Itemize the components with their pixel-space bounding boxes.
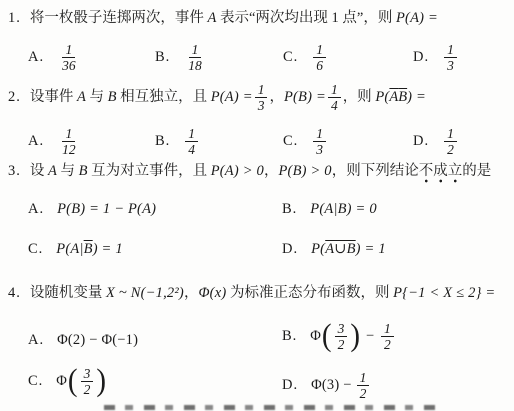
option-2c: C.13	[283, 126, 328, 157]
option-fraction: 14	[185, 126, 198, 157]
phi-function: Φ	[56, 373, 67, 389]
option-label: B.	[155, 48, 170, 68]
option-label: D.	[413, 48, 429, 68]
option-label: C.	[28, 240, 43, 260]
option-label: D.	[282, 376, 298, 396]
fraction-denominator: 3	[313, 142, 326, 157]
fraction-numerator: 1	[185, 126, 198, 142]
option-fraction: 12	[357, 370, 370, 401]
math-expr: ) = 1	[93, 241, 123, 257]
fraction-numerator: 1	[444, 42, 457, 58]
stem-text: 的是	[462, 163, 491, 179]
overline-var: B	[398, 89, 407, 105]
math-expr: P(A) > 0	[211, 163, 264, 179]
fraction-denominator: 4	[185, 142, 198, 157]
option-label: A.	[28, 200, 44, 220]
fraction-numerator: 1	[313, 42, 326, 58]
option-4d: D.Φ(3) −12	[282, 370, 371, 401]
option-label: B.	[282, 200, 297, 220]
stem-text: ，	[264, 163, 279, 179]
cutoff-next-line	[104, 405, 436, 410]
fraction-numerator: 3	[81, 366, 94, 382]
option-label: A.	[28, 331, 44, 351]
fraction-numerator: 1	[313, 126, 326, 142]
stem-text: ，则下列结论	[332, 163, 419, 179]
big-right-paren: )	[96, 368, 106, 395]
option-fraction: 118	[185, 42, 205, 73]
fraction-numerator: 1	[381, 321, 394, 337]
big-right-paren: )	[350, 323, 360, 350]
fraction-denominator: 2	[444, 142, 457, 157]
option-2b: B.14	[155, 126, 200, 157]
option-2d: D.12	[413, 126, 459, 157]
math-expr: P(B) =	[284, 89, 326, 105]
option-fraction: 12	[444, 126, 457, 157]
math-expr: P(B) = 1 − P(A)	[57, 201, 156, 217]
stem-text: ，	[184, 285, 199, 301]
phi-function: Φ	[310, 328, 321, 344]
question-number: 2.	[8, 88, 21, 108]
stem-text: 为标准正态分布函数，则	[226, 285, 393, 301]
fraction-numerator: 1	[255, 82, 268, 98]
fraction-numerator: 1	[357, 370, 370, 386]
stem-text: 互为对立事件，且	[87, 163, 210, 179]
question-4-stem: 4.设随机变量 X ~ N(−1,2²)，Φ(x) 为标准正态分布函数，则 P{…	[8, 284, 495, 304]
inline-fraction: 13	[255, 82, 268, 113]
fraction-numerator: 1	[328, 82, 341, 98]
fraction-denominator: 4	[328, 98, 341, 113]
stem-text: 设	[30, 163, 48, 179]
fraction-denominator: 18	[185, 58, 205, 73]
math-expr: P(A|	[56, 241, 83, 257]
fraction-numerator: 1	[444, 126, 457, 142]
math-expr: ) = 1	[356, 241, 386, 257]
fraction-denominator: 36	[59, 58, 79, 73]
question-2-stem: 2.设事件 A 与 B 相互独立，且 P(A) =13，P(B) =14，则 P…	[8, 82, 426, 113]
option-2a: A.112	[28, 126, 81, 157]
option-fraction: 13	[444, 42, 457, 73]
question-number: 3.	[8, 162, 21, 182]
overline-var: A	[389, 89, 398, 105]
option-label: C.	[283, 132, 298, 152]
option-3c: C.P(A|B) = 1	[28, 240, 123, 260]
question-number: 1.	[8, 9, 21, 29]
math-var: A	[77, 89, 86, 105]
big-left-paren: (	[68, 368, 78, 395]
fraction-denominator: 2	[335, 337, 348, 352]
minus-sign: −	[365, 328, 375, 344]
option-3b: B.P(A|B) = 0	[282, 200, 377, 220]
fraction-denominator: 3	[255, 98, 268, 113]
math-expr: P(A|B) = 0	[310, 201, 377, 217]
option-1c: C.16	[283, 42, 328, 73]
option-3d: D.P(A∪B) = 1	[282, 240, 386, 260]
question-number: 4.	[8, 284, 21, 304]
big-left-paren: (	[322, 323, 332, 350]
option-fraction: 12	[381, 321, 394, 352]
option-1d: D.13	[413, 42, 459, 73]
stem-text: 与	[86, 89, 108, 105]
question-3-stem: 3.设 A 与 B 互为对立事件，且 P(A) > 0，P(B) > 0，则下列…	[8, 162, 491, 182]
math-expr: Φ(3) −	[311, 377, 352, 393]
math-expr: P{−1 < X ≤ 2} =	[393, 285, 495, 301]
stem-text: ，	[269, 89, 284, 105]
inline-fraction: 14	[328, 82, 341, 113]
fraction-numerator: 1	[62, 126, 75, 142]
math-expr: P(B) > 0	[278, 163, 331, 179]
option-label: A.	[28, 48, 44, 68]
math-expr: X ~ N(−1,2²)	[106, 285, 184, 301]
math-expr: Φ(x)	[198, 285, 226, 301]
option-fraction: 16	[313, 42, 326, 73]
math-var: A	[48, 163, 57, 179]
fraction-denominator: 12	[59, 142, 79, 157]
stem-text: 表示“两次均出现 1 点”，则	[216, 10, 396, 26]
math-expr: Φ(2) − Φ(−1)	[57, 332, 138, 348]
option-1a: A.136	[28, 42, 81, 73]
math-expr: ) =	[407, 89, 426, 105]
fraction-numerator: 3	[335, 321, 348, 337]
stem-text: 相互独立，且	[116, 89, 210, 105]
fraction-denominator: 2	[357, 386, 370, 401]
option-label: C.	[28, 372, 43, 392]
option-3a: A.P(B) = 1 − P(A)	[28, 200, 156, 220]
stem-text: 将一枚骰子连掷两次，事件	[30, 10, 208, 26]
overline-expr: A∪B	[325, 241, 355, 257]
option-fraction: 32	[335, 321, 348, 352]
option-fraction: 32	[81, 366, 94, 397]
math-expr: P(	[375, 89, 389, 105]
fraction-numerator: 1	[62, 42, 75, 58]
stem-text: 设事件	[30, 89, 77, 105]
option-4c: C.Φ(32)	[28, 366, 107, 397]
option-label: B.	[282, 327, 297, 347]
option-label: D.	[413, 132, 429, 152]
option-1b: B.118	[155, 42, 207, 73]
math-expr: P(A) =	[396, 10, 438, 26]
question-1-stem: 1.将一枚骰子连掷两次，事件 A 表示“两次均出现 1 点”，则 P(A) =	[8, 9, 438, 29]
document-page: 1.将一枚骰子连掷两次，事件 A 表示“两次均出现 1 点”，则 P(A) = …	[0, 0, 514, 411]
fraction-denominator: 3	[444, 58, 457, 73]
option-label: C.	[283, 48, 298, 68]
fraction-numerator: 1	[189, 42, 202, 58]
option-label: A.	[28, 132, 44, 152]
emphasis-text: 不成立	[419, 163, 463, 183]
option-fraction: 136	[59, 42, 79, 73]
option-4a: A.Φ(2) − Φ(−1)	[28, 331, 138, 351]
stem-text: 设随机变量	[30, 285, 106, 301]
fraction-denominator: 2	[81, 382, 94, 397]
overline-var: B	[84, 241, 93, 257]
option-label: B.	[155, 132, 170, 152]
stem-text: ，则	[343, 89, 376, 105]
stem-text: 与	[57, 163, 79, 179]
option-4b: B.Φ(32)−12	[282, 321, 396, 352]
fraction-denominator: 6	[313, 58, 326, 73]
math-expr: P(	[311, 241, 325, 257]
fraction-denominator: 2	[381, 337, 394, 352]
option-fraction: 13	[313, 126, 326, 157]
option-fraction: 112	[59, 126, 79, 157]
math-expr: P(A) =	[211, 89, 253, 105]
option-label: D.	[282, 240, 298, 260]
